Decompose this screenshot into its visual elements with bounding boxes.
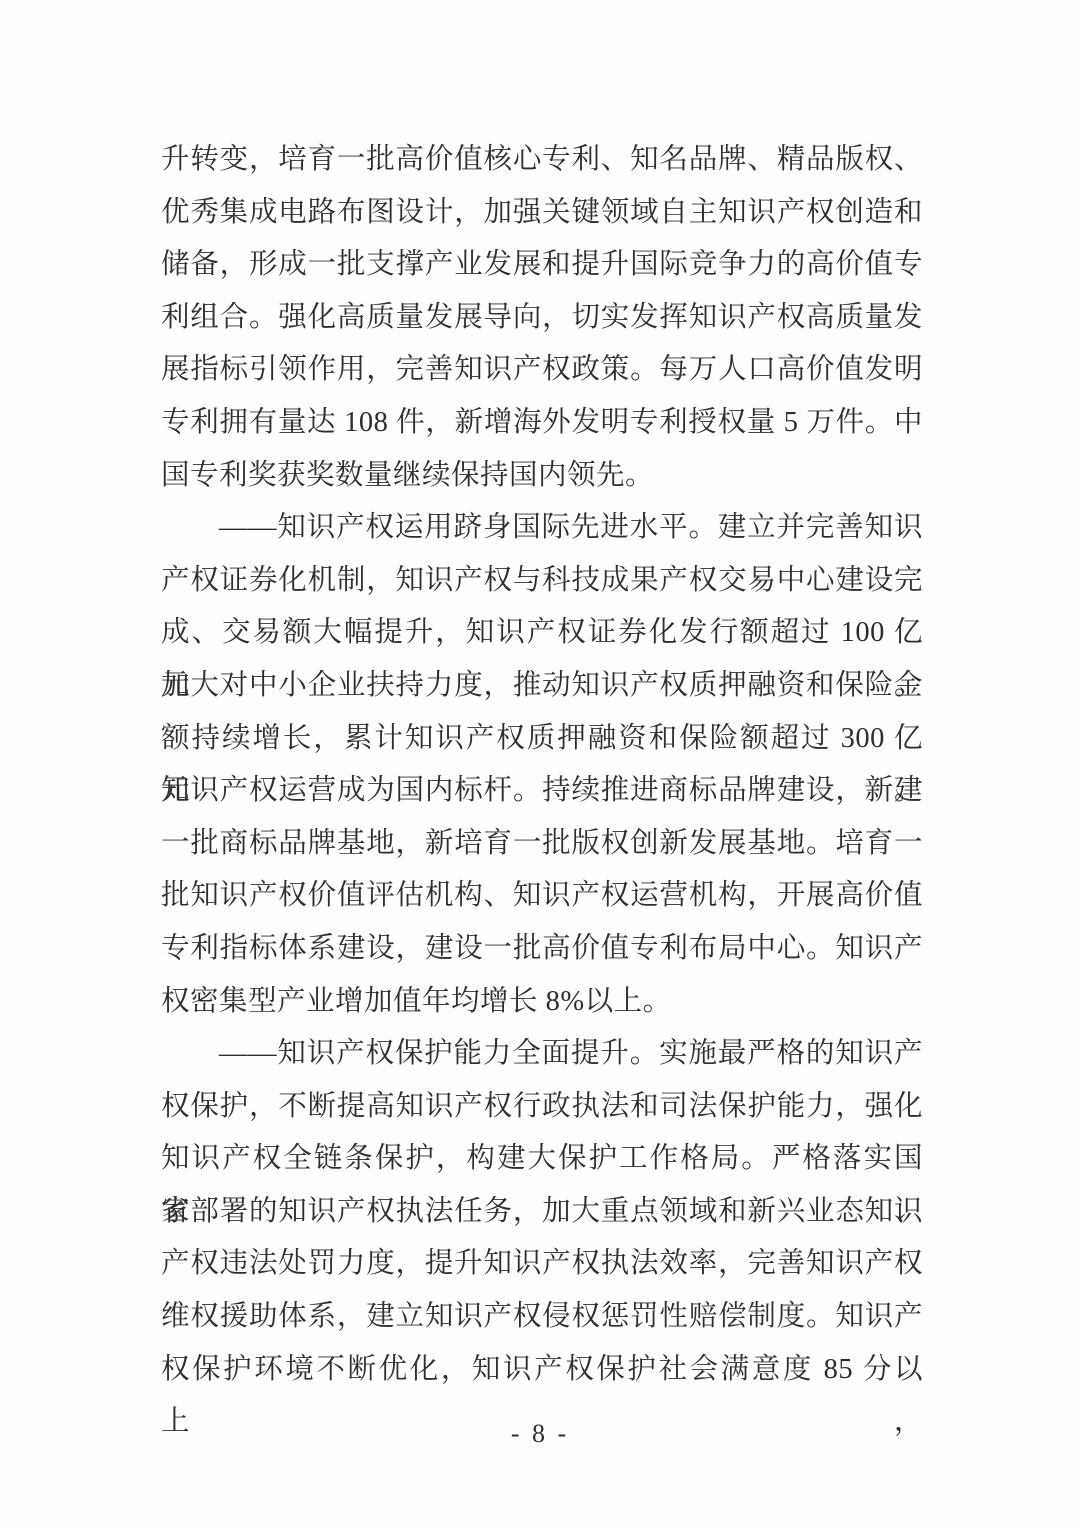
text-line: 专利拥有量达 108 件，新增海外发明专利授权量 5 万件。中 (161, 397, 923, 450)
text-line: 知识产权运营成为国内标杆。持续推进商标品牌建设，新建 (161, 765, 923, 818)
text-line: 国专利奖获奖数量继续保持国内领先。 (161, 450, 923, 503)
text-line: 批知识产权价值评估机构、知识产权运营机构，开展高价值 (161, 870, 923, 923)
text-line: 权保护环境不断优化，知识产权保护社会满意度 85 分以上， (161, 1344, 923, 1397)
text-line: ——知识产权运用跻身国际先进水平。建立并完善知识 (161, 502, 923, 555)
text-line: 产权证券化机制，知识产权与科技成果产权交易中心建设完 (161, 555, 923, 608)
text-line: 储备，形成一批支撑产业发展和提升国际竞争力的高价值专 (161, 239, 923, 292)
text-line: 利组合。强化高质量发展导向，切实发挥知识产权高质量发 (161, 292, 923, 345)
text-line: 省部署的知识产权执法任务，加大重点领域和新兴业态知识 (161, 1186, 923, 1239)
text-line: ——知识产权保护能力全面提升。实施最严格的知识产 (161, 1028, 923, 1081)
text-line: 权保护，不断提高知识产权行政执法和司法保护能力，强化 (161, 1081, 923, 1134)
text-line: 维权援助体系，建立知识产权侵权惩罚性赔偿制度。知识产 (161, 1291, 923, 1344)
text-line: 升转变，培育一批高价值核心专利、知名品牌、精品版权、 (161, 134, 923, 187)
text-line: 知识产权全链条保护，构建大保护工作格局。严格落实国家、 (161, 1133, 923, 1186)
text-line: 产权违法处罚力度，提升知识产权执法效率，完善知识产权 (161, 1238, 923, 1291)
text-line: 优秀集成电路布图设计，加强关键领域自主知识产权创造和 (161, 187, 923, 240)
text-line: 额持续增长，累计知识产权质押融资和保险额超过 300 亿元。 (161, 713, 923, 766)
document-page: 升转变，培育一批高价值核心专利、知名品牌、精品版权、优秀集成电路布图设计，加强关… (0, 0, 1080, 1527)
text-line: 加大对中小企业扶持力度，推动知识产权质押融资和保险金 (161, 660, 923, 713)
text-line: 一批商标品牌基地，新培育一批版权创新发展基地。培育一 (161, 818, 923, 871)
page-body: 升转变，培育一批高价值核心专利、知名品牌、精品版权、优秀集成电路布图设计，加强关… (161, 134, 923, 1396)
text-line: 展指标引领作用，完善知识产权政策。每万人口高价值发明 (161, 344, 923, 397)
text-line: 成、交易额大幅提升，知识产权证券化发行额超过 100 亿元。 (161, 607, 923, 660)
text-line: 权密集型产业增加值年均增长 8%以上。 (161, 976, 923, 1029)
page-number: - 8 - (0, 1408, 1080, 1460)
text-line: 专利指标体系建设，建设一批高价值专利布局中心。知识产 (161, 923, 923, 976)
